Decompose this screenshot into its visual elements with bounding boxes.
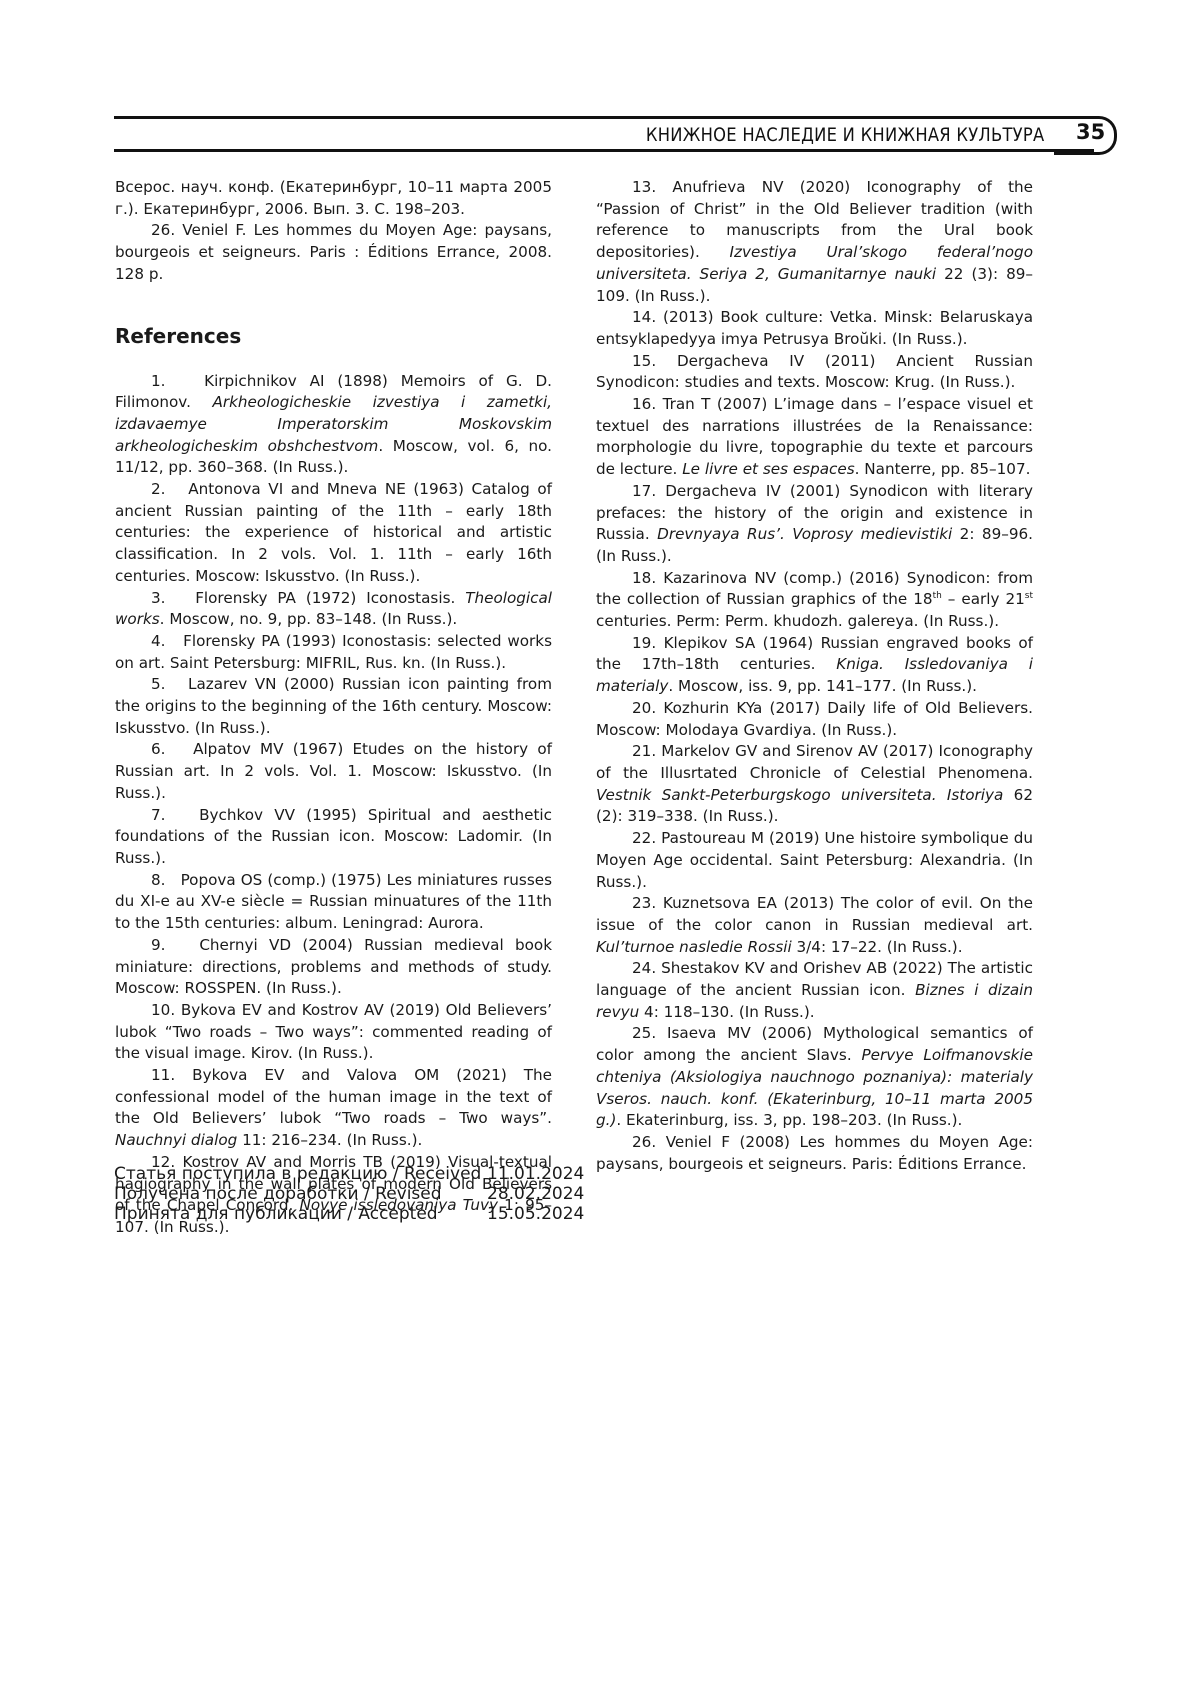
reference-number: 4.: [151, 632, 166, 650]
reference-item: 13. Anufrieva NV (2020) Iconography of t…: [596, 177, 1033, 307]
reference-number: 5.: [151, 675, 166, 693]
reference-item: 4. Florensky PA (1993) Iconostasis: sele…: [115, 631, 552, 674]
reference-text: Popova OS (comp.) (1975) Les miniatures …: [115, 871, 552, 932]
reference-source: Nauchnyi dialog: [115, 1131, 237, 1149]
journal-title: КНИЖНОЕ НАСЛЕДИЕ И КНИЖНАЯ КУЛЬТУРА: [645, 124, 1044, 146]
page-number: 35: [1076, 120, 1105, 144]
reference-item: 2. Antonova VI and Mneva NE (1963) Catal…: [115, 479, 552, 588]
reference-source: Le livre et ses espaces: [682, 460, 854, 478]
left-column: Всерос. науч. конф. (Екатеринбург, 10–11…: [115, 177, 552, 1239]
ru-reference-26: 26. Veniel F. Les hommes du Moyen Age: p…: [115, 220, 552, 285]
reference-number: 10.: [151, 1001, 175, 1019]
reference-text: 11: 216–234. (In Russ.).: [237, 1131, 422, 1149]
header-rule-bottom: [114, 149, 1094, 152]
reference-number: 16.: [632, 395, 656, 413]
date-label: Статья поступила в редакцию / Received: [114, 1164, 487, 1184]
reference-number: 3.: [151, 589, 166, 607]
reference-item: 22. Pastoureau M (2019) Une histoire sym…: [596, 828, 1033, 893]
reference-number: 24.: [632, 959, 656, 977]
reference-number: 22.: [632, 829, 656, 847]
references-list-left: 1. Kirpichnikov AI (1898) Memoirs of G. …: [115, 371, 552, 1239]
reference-number: 13.: [632, 178, 656, 196]
reference-number: 1.: [151, 372, 166, 390]
reference-number: 6.: [151, 740, 166, 758]
reference-source: Vestnik Sankt-Peterburgskogo universitet…: [596, 786, 1003, 804]
references-list-right: 13. Anufrieva NV (2020) Iconography of t…: [596, 177, 1033, 1175]
right-column: 13. Anufrieva NV (2020) Iconography of t…: [596, 177, 1033, 1175]
reference-item: 17. Dergacheva IV (2001) Synodicon with …: [596, 481, 1033, 568]
reference-text: Florensky PA (1972) Iconostasis.: [195, 589, 465, 607]
reference-text: Bykova EV and Valova OM (2021) The confe…: [115, 1066, 552, 1127]
reference-number: 11.: [151, 1066, 175, 1084]
reference-item: 25. Isaeva MV (2006) Mythological semant…: [596, 1023, 1033, 1132]
reference-item: 20. Kozhurin KYa (2017) Daily life of Ol…: [596, 698, 1033, 741]
reference-source: Drevnyaya Rus’. Voprosy medievistiki: [657, 525, 952, 543]
reference-item: 18. Kazarinova NV (comp.) (2016) Synodic…: [596, 568, 1033, 633]
reference-number: 25.: [632, 1024, 656, 1042]
date-value: 28.02.2024: [487, 1184, 584, 1204]
reference-text: Dergacheva IV (2011) Ancient Russian Syn…: [596, 352, 1033, 392]
reference-item: 10. Bykova EV and Kostrov AV (2019) Old …: [115, 1000, 552, 1065]
reference-text: . Moscow, no. 9, pp. 83–148. (In Russ.).: [160, 610, 458, 628]
date-received: Статья поступила в редакцию / Received 1…: [114, 1164, 584, 1184]
reference-text: 4: 118–130. (In Russ.).: [639, 1003, 814, 1021]
reference-item: 5. Lazarev VN (2000) Russian icon painti…: [115, 674, 552, 739]
date-accepted: Принята для публикации / Accepted 15.05.…: [114, 1204, 584, 1224]
reference-source: Kul’turnoe nasledie Rossii: [596, 938, 792, 956]
reference-item: 11. Bykova EV and Valova OM (2021) The c…: [115, 1065, 552, 1152]
reference-number: 23.: [632, 894, 656, 912]
reference-number: 26.: [632, 1133, 656, 1151]
references-heading: References: [115, 323, 552, 349]
reference-text: centuries. Perm: Perm. khudozh. galereya…: [596, 612, 999, 630]
header-rule-top: [114, 116, 1094, 119]
reference-number: 21.: [632, 742, 656, 760]
date-label: Получена после доработки / Revised: [114, 1184, 487, 1204]
reference-text: Alpatov MV (1967) Etudes on the history …: [115, 740, 552, 801]
reference-item: 14. (2013) Book culture: Vetka. Minsk: B…: [596, 307, 1033, 350]
superscript: st: [1025, 591, 1033, 601]
date-value: 11.01.2024: [487, 1164, 584, 1184]
date-revised: Получена после доработки / Revised 28.02…: [114, 1184, 584, 1204]
reference-text: Chernyi VD (2004) Russian medieval book …: [115, 936, 552, 997]
reference-number: 7.: [151, 806, 166, 824]
reference-text: Antonova VI and Mneva NE (1963) Catalog …: [115, 480, 552, 585]
continuation-text: Всерос. науч. конф. (Екатеринбург, 10–11…: [115, 177, 552, 220]
reference-text: Pastoureau M (2019) Une histoire symboli…: [596, 829, 1033, 890]
date-label: Принята для публикации / Accepted: [114, 1204, 487, 1224]
reference-text: Bychkov VV (1995) Spiritual and aestheti…: [115, 806, 552, 867]
reference-text: Kuznetsova EA (2013) The color of evil. …: [596, 894, 1033, 934]
reference-text: 3/4: 17–22. (In Russ.).: [792, 938, 963, 956]
reference-item: 6. Alpatov MV (1967) Etudes on the histo…: [115, 739, 552, 804]
superscript: th: [933, 591, 942, 601]
reference-item: 23. Kuznetsova EA (2013) The color of ev…: [596, 893, 1033, 958]
reference-text: Florensky PA (1993) Iconostasis: selecte…: [115, 632, 552, 672]
reference-item: 9. Chernyi VD (2004) Russian medieval bo…: [115, 935, 552, 1000]
reference-number: 18.: [632, 569, 656, 587]
reference-item: 3. Florensky PA (1972) Iconostasis. Theo…: [115, 588, 552, 631]
reference-number: 8.: [151, 871, 166, 889]
reference-number: 9.: [151, 936, 166, 954]
reference-text: . Nanterre, pp. 85–107.: [855, 460, 1031, 478]
reference-text: Veniel F (2008) Les hommes du Moyen Age:…: [596, 1133, 1033, 1173]
reference-number: 14.: [632, 308, 656, 326]
reference-item: 19. Klepikov SA (1964) Russian engraved …: [596, 633, 1033, 698]
reference-item: 26. Veniel F (2008) Les hommes du Moyen …: [596, 1132, 1033, 1175]
reference-text: Lazarev VN (2000) Russian icon painting …: [115, 675, 552, 736]
reference-number: 15.: [632, 352, 656, 370]
reference-text: Markelov GV and Sirenov AV (2017) Iconog…: [596, 742, 1033, 782]
reference-text: Kozhurin KYa (2017) Daily life of Old Be…: [596, 699, 1033, 739]
reference-number: 19.: [632, 634, 656, 652]
reference-text: (2013) Book culture: Vetka. Minsk: Belar…: [596, 308, 1033, 348]
reference-item: 21. Markelov GV and Sirenov AV (2017) Ic…: [596, 741, 1033, 828]
reference-item: 8. Popova OS (comp.) (1975) Les miniatur…: [115, 870, 552, 935]
article-dates: Статья поступила в редакцию / Received 1…: [114, 1164, 584, 1224]
reference-item: 1. Kirpichnikov AI (1898) Memoirs of G. …: [115, 371, 552, 480]
reference-item: 7. Bychkov VV (1995) Spiritual and aesth…: [115, 805, 552, 870]
reference-number: 17.: [632, 482, 656, 500]
reference-text: – early 21: [942, 590, 1025, 608]
reference-item: 15. Dergacheva IV (2011) Ancient Russian…: [596, 351, 1033, 394]
reference-text: Bykova EV and Kostrov AV (2019) Old Beli…: [115, 1001, 552, 1062]
reference-text: . Moscow, iss. 9, pp. 141–177. (In Russ.…: [668, 677, 977, 695]
reference-number: 20.: [632, 699, 656, 717]
running-header: КНИЖНОЕ НАСЛЕДИЕ И КНИЖНАЯ КУЛЬТУРА 35: [114, 116, 1114, 152]
reference-item: 16. Tran T (2007) L’image dans – l’espac…: [596, 394, 1033, 481]
reference-text: . Ekaterinburg, iss. 3, pp. 198–203. (In…: [616, 1111, 962, 1129]
reference-number: 2.: [151, 480, 166, 498]
date-value: 15.05.2024: [487, 1204, 584, 1224]
reference-item: 24. Shestakov KV and Orishev AB (2022) T…: [596, 958, 1033, 1023]
